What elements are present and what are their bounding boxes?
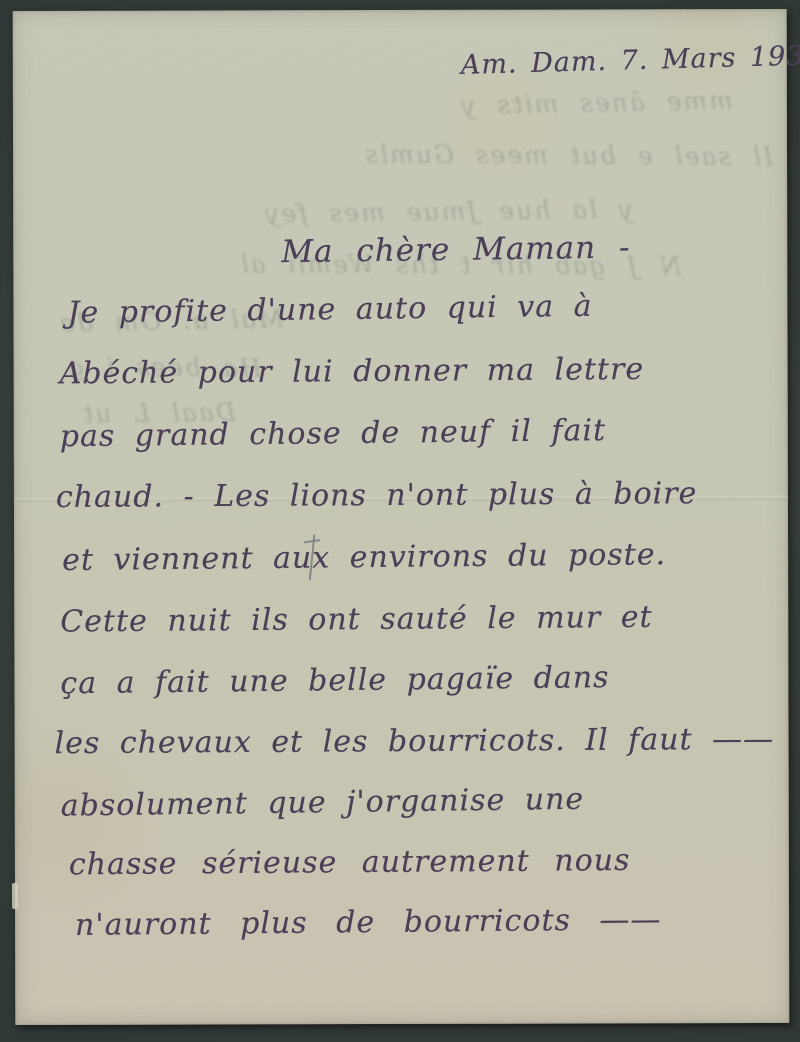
body-line: ça a fait une belle pagaïe dans [60,660,609,701]
bleedthrough-line: y la hue Jmue mes fey [73,194,633,230]
salutation: Ma chère Maman - [281,230,631,271]
body-line: les chevaux et les bourricots. Il faut —… [54,722,774,761]
bleedthrough-line: Il sael e but mees Gumls [83,138,773,171]
body-line: absolument que j'organise une [61,782,585,824]
body-line: Abéché pour lui donner ma lettre [59,352,644,392]
body-line: Je profite d'une auto qui va à [67,289,593,331]
body-line: chaud. - Les lions n'ont plus à boire [56,476,698,515]
paper-edge-notch [12,883,18,909]
letter-page: mme ânes mits y Il sael e but mees Gumls… [13,9,790,1025]
body-line: pas grand chose de neuf il fait [60,413,607,454]
body-line: n'auront plus de bourricots —— [75,902,662,943]
bleedthrough-line: mme ânes mits y [333,86,734,123]
dateline: Am. Dam. 7. Mars 1932. [460,41,791,81]
stray-ink-cross-mark [302,534,322,580]
body-line: Cette nuit ils ont sauté le mur et [60,600,653,640]
body-line: chasse sérieuse autrement nous [69,843,631,882]
body-line: et viennent aux environs du poste. [62,537,666,578]
